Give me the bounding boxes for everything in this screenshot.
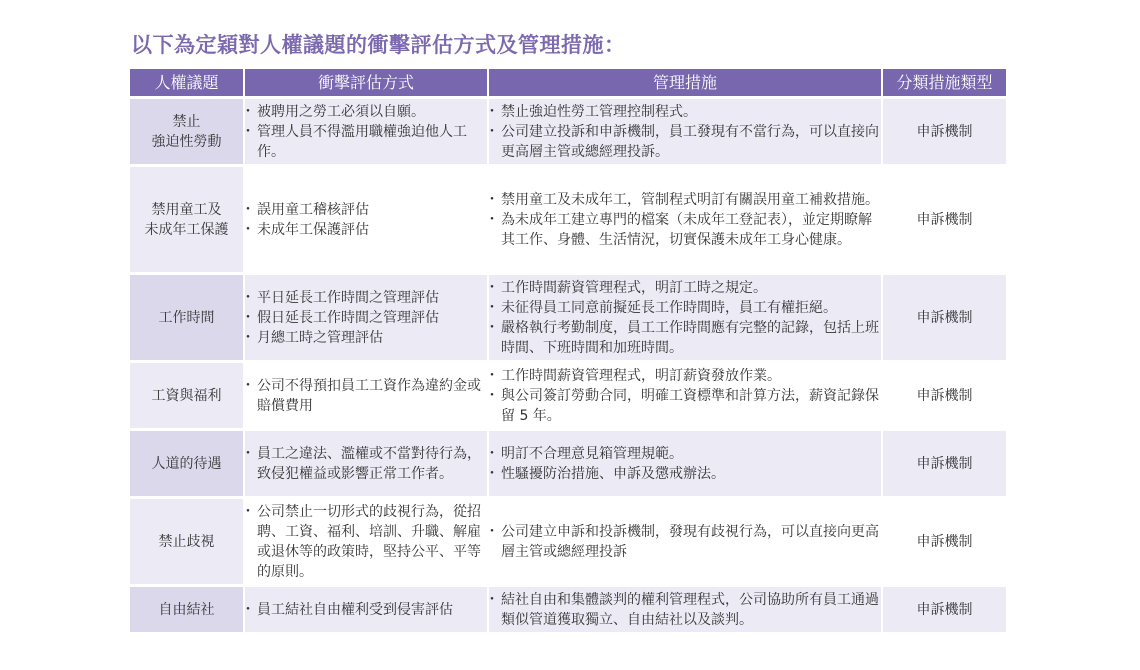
assessment-item: 誤用童工稽核評估: [245, 200, 487, 220]
assessment-item: 公司禁止一切形式的歧視行為，從招聘、工資、福利、培訓、升職、解雇或退休等的政策時…: [245, 502, 487, 582]
measures-cell: 禁用童工及未成年工，管制程式明訂有關誤用童工補救措施。 為未成年工建立專門的檔案…: [489, 167, 883, 275]
issue-label: 禁用童工及: [130, 200, 243, 220]
measures-cell: 明訂不合理意見箱管理規範。 性騷擾防治措施、申訴及懲戒辦法。: [489, 431, 883, 499]
measure-item: 禁用童工及未成年工，管制程式明訂有關誤用童工補救措施。: [489, 190, 881, 210]
measure-item: 公司建立申訴和投訴機制，發現有歧視行為，可以直接向更高層主管或總經理投訴: [489, 522, 881, 562]
issue-label: 人道的待遇: [130, 454, 243, 474]
issue-label: 禁止: [130, 112, 243, 132]
issue-label: 強迫性勞動: [130, 132, 243, 152]
issue-label: 自由結社: [130, 600, 243, 620]
issue-label: 工作時間: [130, 308, 243, 328]
measures-cell: 工作時間薪資管理程式，明訂工時之規定。 未征得員工同意前擬延長工作時間時，員工有…: [489, 275, 883, 363]
assessment-item: 員工之違法、濫權或不當對待行為，致侵犯權益或影響正常工作者。: [245, 444, 487, 484]
measure-item: 結社自由和集體談判的權利管理程式，公司協助所有員工通過類似管道獲取獨立、自由結社…: [489, 590, 881, 630]
measure-item: 性騷擾防治措施、申訴及懲戒辦法。: [489, 464, 881, 484]
measure-type: 申訴機制: [883, 499, 1006, 587]
measure-item: 禁止強迫性勞工管理控制程式。: [489, 102, 881, 122]
measures-cell: 工作時間薪資管理程式，明訂薪資發放作業。 與公司簽訂勞動合同，明確工資標準和計算…: [489, 363, 883, 431]
assessment-item: 公司不得預扣員工工資作為違約金或賠償費用: [245, 376, 487, 416]
measure-type: 申訴機制: [883, 431, 1006, 499]
measure-item: 為未成年工建立專門的檔案（未成年工登記表），並定期瞭解其工作、身體、生活情況，切…: [489, 210, 881, 250]
assessment-cell: 平日延長工作時間之管理評估 假日延長工作時間之管理評估 月總工時之管理評估: [245, 275, 489, 363]
measure-item: 公司建立投訴和申訴機制，員工發現有不當行為，可以直接向更高層主管或總經理投訴。: [489, 122, 881, 162]
measures-cell: 禁止強迫性勞工管理控制程式。 公司建立投訴和申訴機制，員工發現有不當行為，可以直…: [489, 99, 883, 167]
measures-cell: 公司建立申訴和投訴機制，發現有歧視行為，可以直接向更高層主管或總經理投訴: [489, 499, 883, 587]
assessment-item: 管理人員不得濫用職權強迫他人工作。: [245, 122, 487, 162]
header-issue: 人權議題: [130, 69, 245, 99]
issue-cell: 工資與福利: [130, 363, 245, 431]
issue-label: 工資與福利: [130, 386, 243, 406]
assessment-cell: 公司禁止一切形式的歧視行為，從招聘、工資、福利、培訓、升職、解雇或退休等的政策時…: [245, 499, 489, 587]
issue-cell: 禁止 強迫性勞動: [130, 99, 245, 167]
header-type: 分類措施類型: [883, 69, 1006, 99]
issue-cell: 工作時間: [130, 275, 245, 363]
assessment-item: 假日延長工作時間之管理評估: [245, 308, 487, 328]
issue-cell: 人道的待遇: [130, 431, 245, 499]
table-header-row: 人權議題 衝擊評估方式 管理措施 分類措施類型: [130, 69, 1006, 99]
issue-cell: 禁止歧視: [130, 499, 245, 587]
table-row: 工資與福利 公司不得預扣員工工資作為違約金或賠償費用 工作時間薪資管理程式，明訂…: [130, 363, 1006, 431]
page-title: 以下為定穎對人權議題的衝擊評估方式及管理措施：: [131, 29, 626, 59]
measure-item: 工作時間薪資管理程式，明訂薪資發放作業。: [489, 366, 881, 386]
table-row: 禁止 強迫性勞動 被聘用之勞工必須以自願。 管理人員不得濫用職權強迫他人工作。 …: [130, 99, 1006, 167]
table-row: 禁止歧視 公司禁止一切形式的歧視行為，從招聘、工資、福利、培訓、升職、解雇或退休…: [130, 499, 1006, 587]
measure-item: 工作時間薪資管理程式，明訂工時之規定。: [489, 278, 881, 298]
assessment-cell: 誤用童工稽核評估 未成年工保護評估: [245, 167, 489, 275]
issue-label: 未成年工保護: [130, 220, 243, 240]
measure-type: 申訴機制: [883, 275, 1006, 363]
measure-type: 申訴機制: [883, 363, 1006, 431]
table-row: 人道的待遇 員工之違法、濫權或不當對待行為，致侵犯權益或影響正常工作者。 明訂不…: [130, 431, 1006, 499]
assessment-item: 被聘用之勞工必須以自願。: [245, 102, 487, 122]
issue-label: 禁止歧視: [130, 532, 243, 552]
assessment-cell: 員工之違法、濫權或不當對待行為，致侵犯權益或影響正常工作者。: [245, 431, 489, 499]
measure-item: 嚴格執行考勤制度，員工工作時間應有完整的記錄，包括上班時間、下班時間和加班時間。: [489, 318, 881, 358]
table-row: 工作時間 平日延長工作時間之管理評估 假日延長工作時間之管理評估 月總工時之管理…: [130, 275, 1006, 363]
assessment-cell: 員工結社自由權利受到侵害評估: [245, 587, 489, 635]
assessment-item: 平日延長工作時間之管理評估: [245, 288, 487, 308]
assessment-cell: 被聘用之勞工必須以自願。 管理人員不得濫用職權強迫他人工作。: [245, 99, 489, 167]
human-rights-table: 人權議題 衝擊評估方式 管理措施 分類措施類型 禁止 強迫性勞動 被聘用之勞工必…: [130, 69, 1006, 635]
measure-item: 明訂不合理意見箱管理規範。: [489, 444, 881, 464]
measures-cell: 結社自由和集體談判的權利管理程式，公司協助所有員工通過類似管道獲取獨立、自由結社…: [489, 587, 883, 635]
measure-type: 申訴機制: [883, 167, 1006, 275]
measure-type: 申訴機制: [883, 587, 1006, 635]
header-assessment: 衝擊評估方式: [245, 69, 489, 99]
measure-item: 與公司簽訂勞動合同，明確工資標準和計算方法，薪資記錄保留 5 年。: [489, 386, 881, 426]
issue-cell: 自由結社: [130, 587, 245, 635]
measure-type: 申訴機制: [883, 99, 1006, 167]
table-row: 禁用童工及 未成年工保護 誤用童工稽核評估 未成年工保護評估 禁用童工及未成年工…: [130, 167, 1006, 275]
assessment-item: 未成年工保護評估: [245, 220, 487, 240]
measure-item: 未征得員工同意前擬延長工作時間時，員工有權拒絕。: [489, 298, 881, 318]
issue-cell: 禁用童工及 未成年工保護: [130, 167, 245, 275]
assessment-item: 月總工時之管理評估: [245, 328, 487, 348]
assessment-cell: 公司不得預扣員工工資作為違約金或賠償費用: [245, 363, 489, 431]
header-measures: 管理措施: [489, 69, 883, 99]
table-row: 自由結社 員工結社自由權利受到侵害評估 結社自由和集體談判的權利管理程式，公司協…: [130, 587, 1006, 635]
assessment-item: 員工結社自由權利受到侵害評估: [245, 600, 487, 620]
